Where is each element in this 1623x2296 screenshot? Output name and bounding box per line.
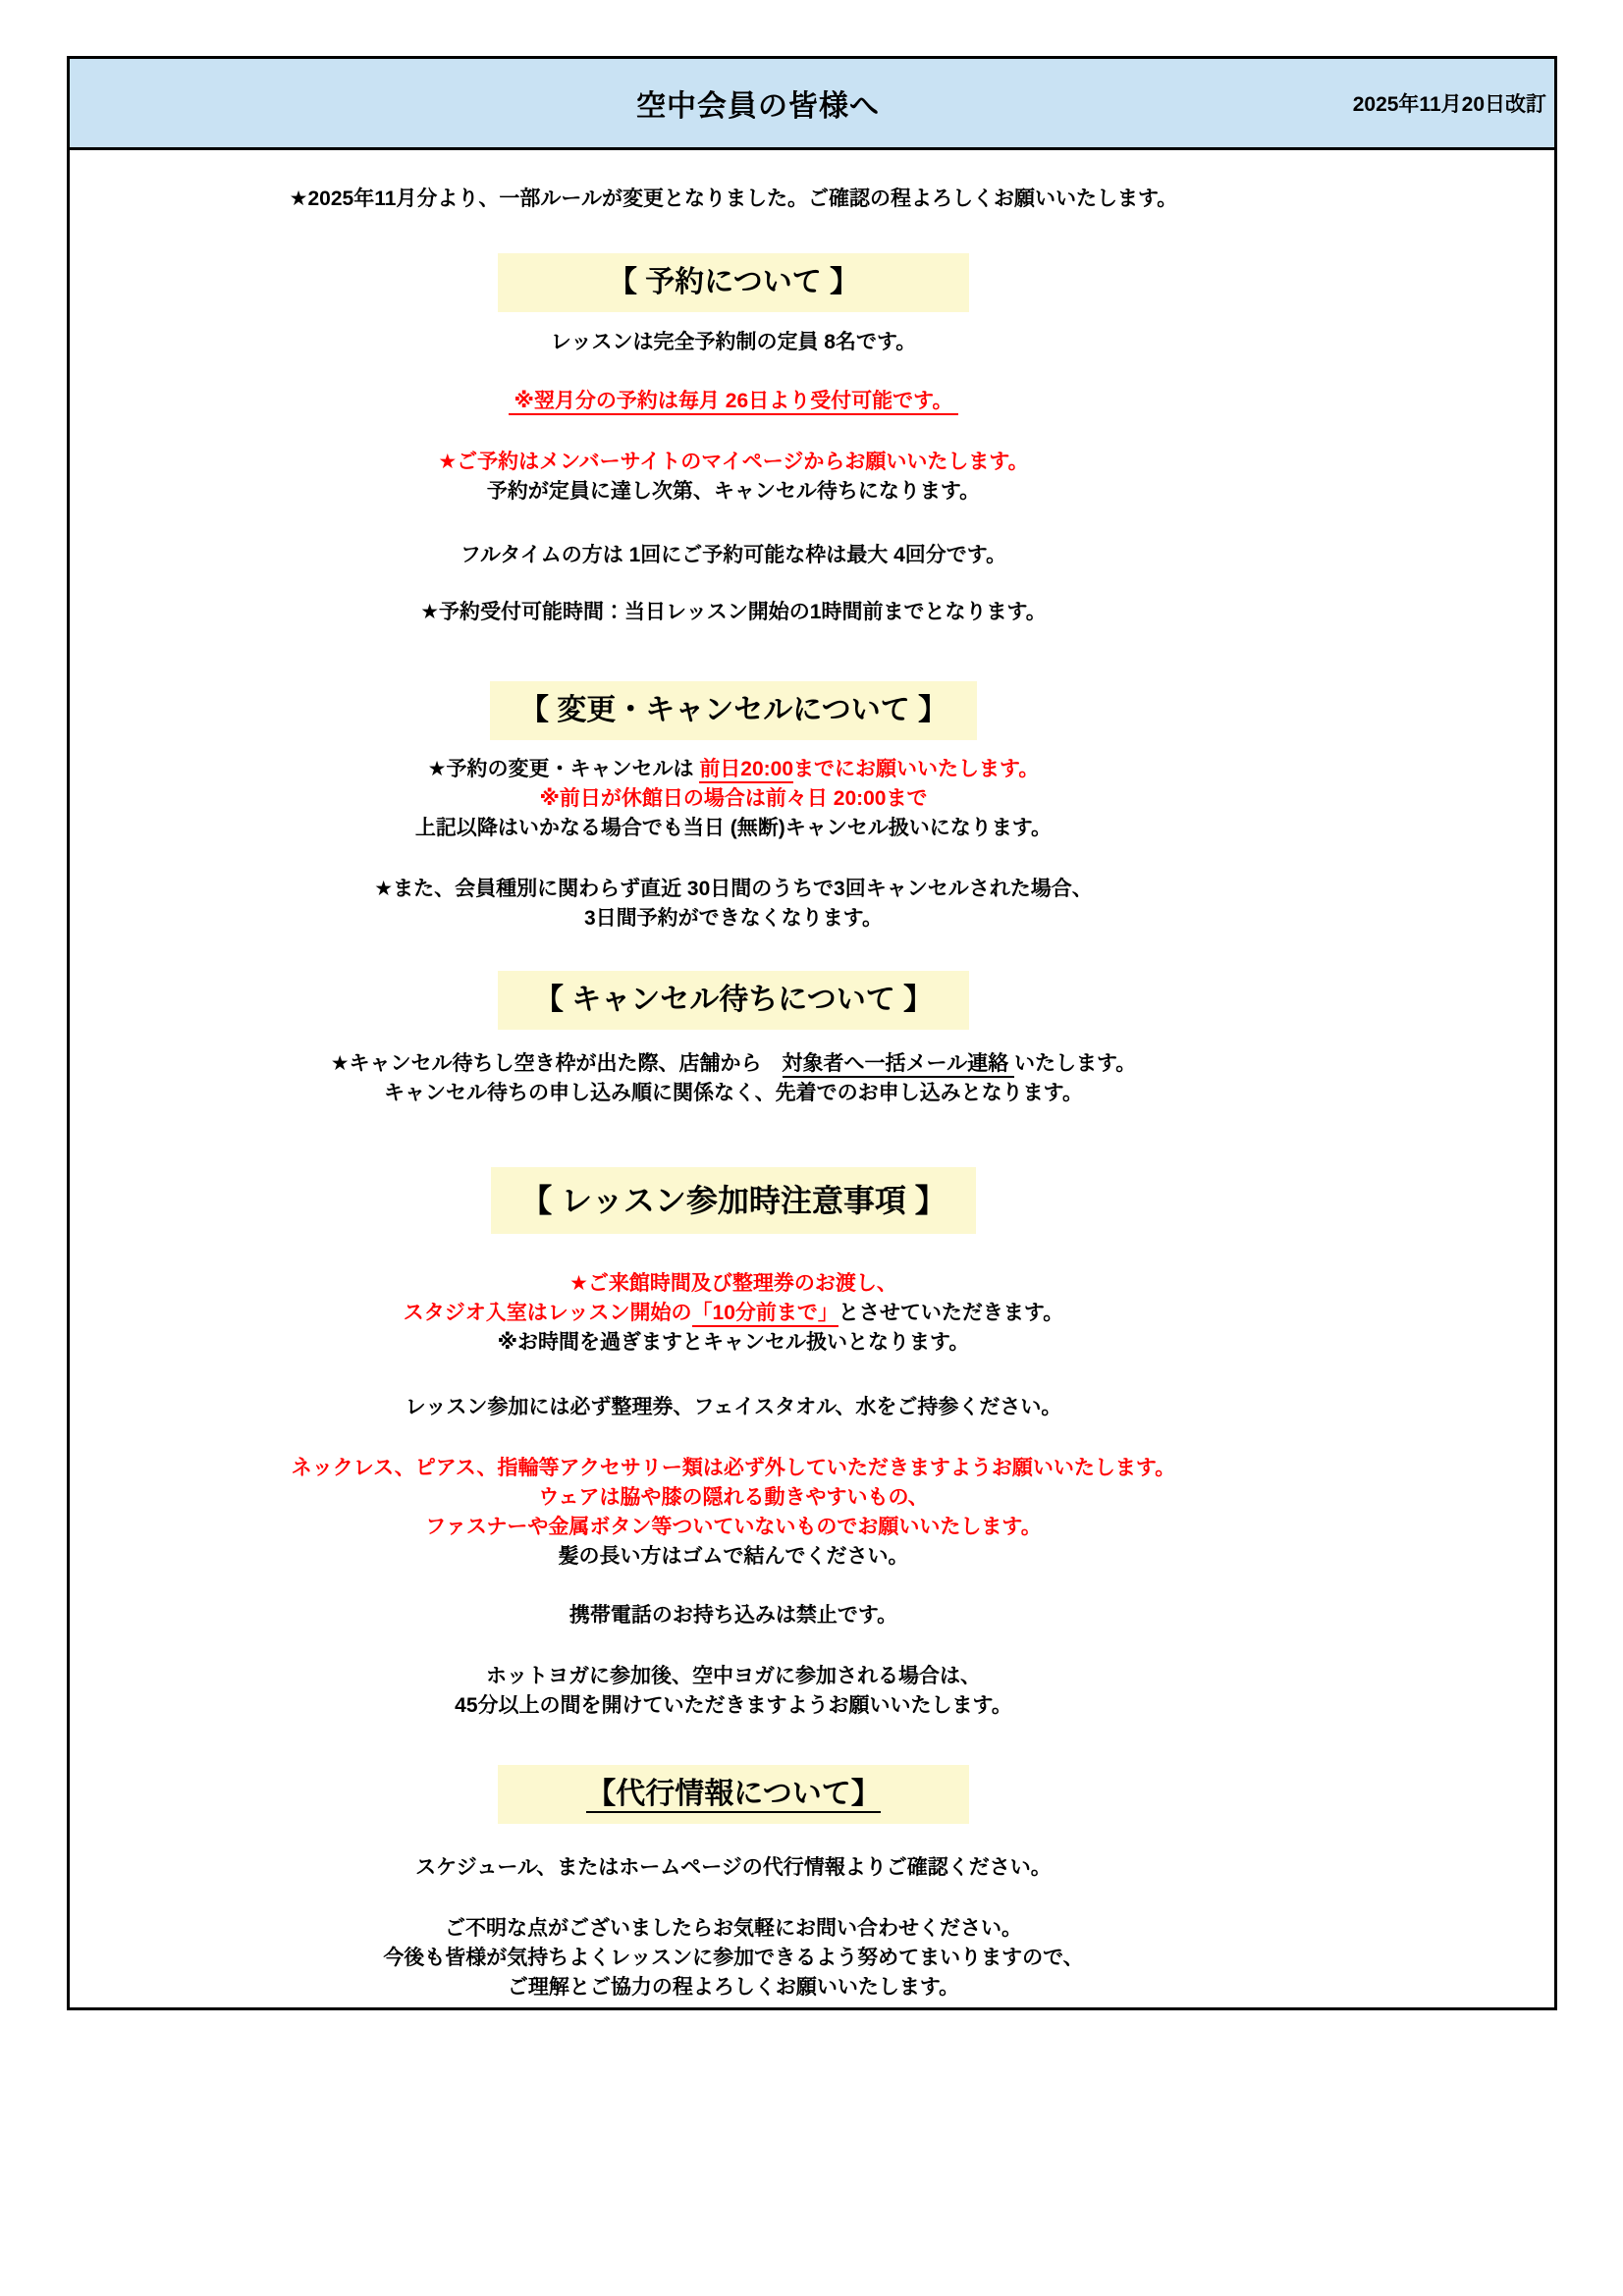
footer-effort: 今後も皆様が気持ちよくレッスンに参加できるよう努めてまいりますので、 (70, 1944, 1397, 1973)
rule-closed-day: ※前日が休館日の場合は前々日 20:00まで (70, 784, 1397, 814)
rule-fulltime: フルタイムの方は 1回にご予約可能な枠は最大 4回分です。 (70, 541, 1397, 570)
note-hotyoga-1: ホットヨガに参加後、空中ヨガに参加される場合は、 (70, 1662, 1397, 1691)
footer-thanks: ご理解とご協力の程よろしくお願いいたします。 (70, 1973, 1397, 2002)
revision-date: 2025年11月20日改訂 (1353, 88, 1546, 118)
section-waitlist-heading-wrap: 【 キャンセル待ちについて 】 (70, 971, 1397, 1030)
note-hotyoga-2: 45分以上の間を開けていただきますようお願いいたします。 (70, 1691, 1397, 1721)
rule-penalty-2: 3日間予約ができなくなります。 (70, 904, 1397, 934)
note-accessory: ネックレス、ピアス、指輪等アクセサリー類は必ず外していただきますようお願いいたし… (70, 1454, 1397, 1483)
notice-page: 空中会員の皆様へ 2025年11月20日改訂 ★2025年11月分より、一部ルー… (0, 0, 1623, 2296)
section-change-cancel-heading-wrap: 【 変更・キャンセルについて 】 (70, 681, 1397, 740)
section-heading-lesson-notes: 【 レッスン参加時注意事項 】 (491, 1167, 975, 1234)
waitlist-notice: ★キャンセル待ちし空き枠が出た際、店舗から 対象者へ一括メール連絡 いたします。 (70, 1049, 1397, 1079)
rule-mypage: ★ご予約はメンバーサイトのマイページからお願いいたします。 (70, 448, 1397, 477)
note-entry-2-underline: 「10分前まで」 (692, 1302, 839, 1327)
rule-cancel-deadline-red: までにお願いいたします。 (793, 758, 1039, 780)
rule-cancel-deadline-time: 前日20:00 (699, 758, 793, 783)
section-reservation-heading-wrap: 【 予約について 】 (70, 253, 1397, 312)
footer-contact: ご不明な点がございましたらお気軽にお問い合わせください。 (70, 1914, 1397, 1944)
section-heading-substitute-underline: 【代行情報について】 (586, 1778, 880, 1813)
rule-full-waitlist: 予約が定員に達し次第、キャンセル待ちになります。 (70, 477, 1397, 507)
substitute-check: スケジュール、またはホームページの代行情報よりご確認ください。 (70, 1853, 1397, 1883)
note-entry-2-black: とさせていただきます。 (839, 1302, 1063, 1324)
section-heading-substitute: 【代行情報について】 (498, 1765, 969, 1824)
note-entry-2-red: スタジオ入室はレッスン開始の (404, 1302, 692, 1324)
notice-body: ★2025年11月分より、一部ルールが変更となりました。ご確認の程よろしくお願い… (70, 185, 1554, 2002)
rule-monthly-open-underline: ※翌月分の予約は毎月 26日より受付可能です。 (509, 390, 959, 415)
section-lesson-notes-heading-wrap: 【 レッスン参加時注意事項 】 (70, 1167, 1397, 1234)
note-wear-2: ファスナーや金属ボタン等ついていないものでお願いいたします。 (70, 1513, 1397, 1542)
intro-note: ★2025年11月分より、一部ルールが変更となりました。ご確認の程よろしくお願い… (70, 185, 1397, 214)
note-hair: 髪の長い方はゴムで結んでください。 (70, 1542, 1397, 1572)
notice-document: 空中会員の皆様へ 2025年11月20日改訂 ★2025年11月分より、一部ルー… (67, 56, 1557, 2010)
rule-cancel-deadline: ★予約の変更・キャンセルは 前日20:00までにお願いいたします。 (70, 755, 1397, 784)
section-substitute-heading-wrap: 【代行情報について】 (70, 1765, 1397, 1824)
section-heading-waitlist: 【 キャンセル待ちについて 】 (498, 971, 969, 1030)
waitlist-notice-b: いたします。 (1014, 1052, 1136, 1075)
rule-penalty-1: ★また、会員種別に関わらず直近 30日間のうちで3回キャンセルされた場合、 (70, 875, 1397, 904)
rule-cancel-deadline-black: ★予約の変更・キャンセルは (428, 758, 700, 780)
note-entry-2: スタジオ入室はレッスン開始の「10分前まで」とさせていただきます。 (70, 1299, 1397, 1328)
rule-capacity: レッスンは完全予約制の定員 8名です。 (70, 328, 1397, 357)
page-title: 空中会員の皆様へ (636, 81, 988, 125)
note-entry-3: ※お時間を過ぎますとキャンセル扱いとなります。 (70, 1328, 1397, 1358)
note-bring: レッスン参加には必ず整理券、フェイスタオル、水をご持参ください。 (70, 1393, 1397, 1422)
waitlist-notice-underline: 対象者へ一括メール連絡 (783, 1052, 1014, 1078)
titlebar: 空中会員の皆様へ 2025年11月20日改訂 (70, 59, 1554, 150)
section-heading-change-cancel: 【 変更・キャンセルについて 】 (490, 681, 977, 740)
waitlist-notice-a: ★キャンセル待ちし空き枠が出た際、店舗から (331, 1052, 783, 1075)
rule-late-cancel: 上記以降はいかなる場合でも当日 (無断)キャンセル扱いになります。 (70, 814, 1397, 843)
section-heading-reservation: 【 予約について 】 (498, 253, 969, 312)
note-entry-1: ★ご来館時間及び整理券のお渡し、 (70, 1269, 1397, 1299)
waitlist-order: キャンセル待ちの申し込み順に関係なく、先着でのお申し込みとなります。 (70, 1079, 1397, 1108)
rule-monthly-open: ※翌月分の予約は毎月 26日より受付可能です。 (70, 387, 1397, 416)
note-phone: 携帯電話のお持ち込みは禁止です。 (70, 1601, 1397, 1630)
note-wear-1: ウェアは脇や膝の隠れる動きやすいもの、 (70, 1483, 1397, 1513)
rule-deadline: ★予約受付可能時間：当日レッスン開始の1時間前までとなります。 (70, 598, 1397, 627)
